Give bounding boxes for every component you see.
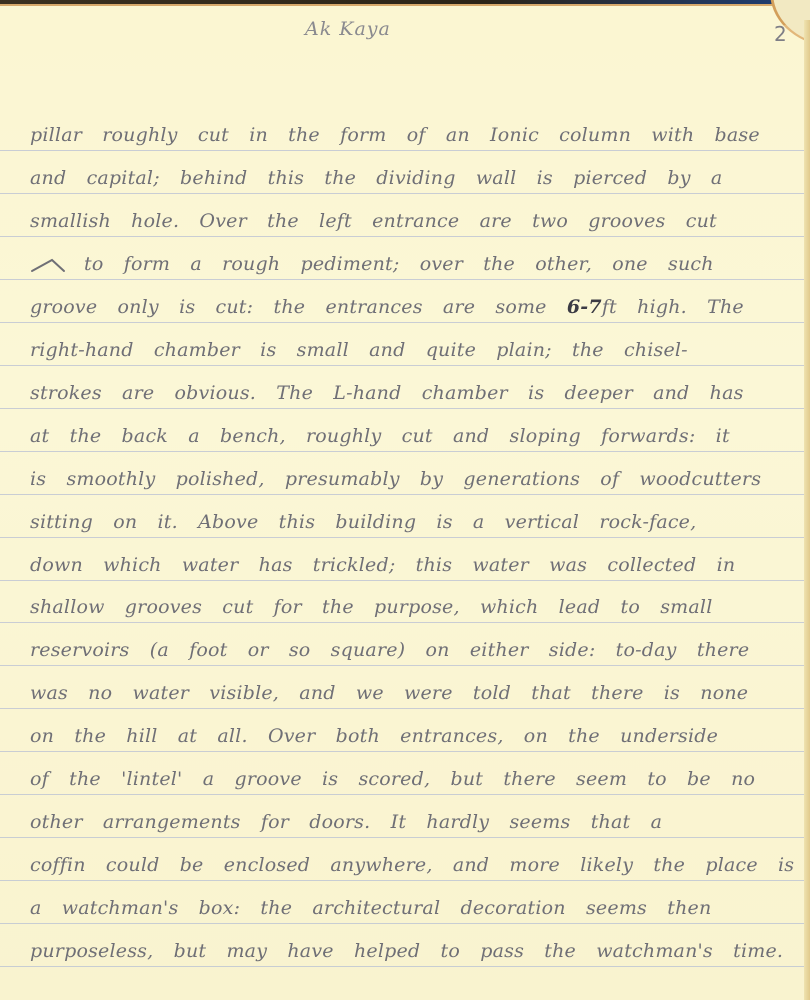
ruled-line: [0, 150, 804, 151]
ruled-line: [0, 708, 804, 709]
handwritten-line: sitting on it. Above this building is a …: [30, 510, 800, 534]
ruled-line: [0, 236, 804, 237]
ruled-line: [0, 665, 804, 666]
handwritten-line: pillar roughly cut in the form of an Ion…: [30, 123, 800, 147]
handwritten-line: down which water has trickled; this wate…: [30, 553, 800, 577]
handwritten-text: groove only is cut: the entrances are so…: [30, 296, 547, 318]
page-number: 2: [774, 22, 787, 46]
ruled-line: [0, 537, 804, 538]
ruled-line: [0, 193, 804, 194]
ruled-line: [0, 794, 804, 795]
handwritten-line: purposeless, but may have helped to pass…: [30, 939, 800, 963]
handwritten-line: a watchman's box: the architectural deco…: [30, 896, 800, 920]
ruled-line: [0, 751, 804, 752]
page-right-edge: [804, 20, 810, 1000]
ink-correction: 6-7: [567, 296, 602, 318]
handwritten-line: at the back a bench, roughly cut and slo…: [30, 424, 800, 448]
pediment-sketch-icon: [30, 257, 72, 273]
handwritten-line: on the hill at all. Over both entrances,…: [30, 724, 800, 748]
handwritten-line: right-hand chamber is small and quite pl…: [30, 338, 800, 362]
ruled-line: [0, 580, 804, 581]
handwritten-text: ft high. The: [602, 296, 744, 318]
ruled-line: [0, 322, 804, 323]
handwritten-line: other arrangements for doors. It hardly …: [30, 810, 800, 834]
handwritten-line: and capital; behind this the dividing wa…: [30, 166, 800, 190]
handwritten-line: strokes are obvious. The L-hand chamber …: [30, 381, 800, 405]
ruled-line: [0, 408, 804, 409]
handwritten-line: coffin could be enclosed anywhere, and m…: [30, 853, 800, 877]
ruled-line: [0, 365, 804, 366]
ruled-line: [0, 494, 804, 495]
handwritten-line: groove only is cut: the entrances are so…: [30, 295, 800, 319]
page-title: Ak Kaya: [305, 18, 391, 40]
handwritten-line: reservoirs (a foot or so square) on eith…: [30, 638, 800, 662]
ruled-line: [0, 622, 804, 623]
handwritten-line: smallish hole. Over the left entrance ar…: [30, 209, 800, 233]
notebook-page: Ak Kaya 2 pillar roughly cut in the form…: [0, 0, 810, 1000]
handwritten-text: to form a rough pediment; over the other…: [84, 253, 714, 275]
ruled-line: [0, 923, 804, 924]
handwritten-line: is smoothly polished, presumably by gene…: [30, 467, 800, 491]
ruled-line: [0, 880, 804, 881]
ruled-line: [0, 279, 804, 280]
ruled-line: [0, 966, 804, 967]
handwritten-line: shallow grooves cut for the purpose, whi…: [30, 595, 800, 619]
handwritten-line: of the 'lintel' a groove is scored, but …: [30, 767, 800, 791]
cover-edge: [0, 4, 790, 6]
handwritten-line: to form a rough pediment; over the other…: [30, 252, 800, 276]
ruled-line: [0, 837, 804, 838]
ruled-line: [0, 451, 804, 452]
handwritten-line: was no water visible, and we were told t…: [30, 681, 800, 705]
